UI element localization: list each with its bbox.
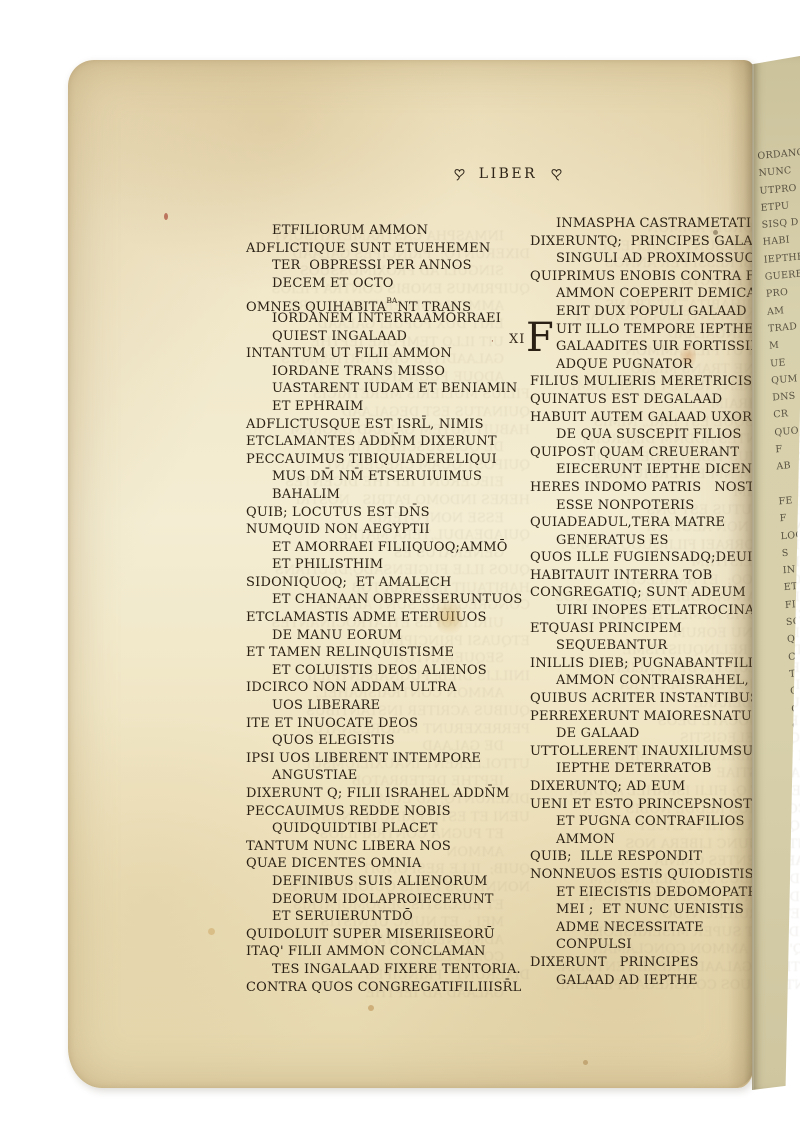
text-line: QUIEST INGALAAD (246, 328, 522, 346)
text-line: IDCIRCO NON ADDAM ULTRA (246, 679, 522, 697)
text-line: QUOS ELEGISTIS (246, 732, 522, 750)
text-line: ADFLICTUSQUE EST ISRL̄, NIMIS (246, 416, 522, 434)
text-line: ETCLAMASTIS ADME ETERUIUOS (246, 609, 522, 627)
text-line: ANGUSTIAE (246, 767, 522, 785)
text-line: ADFLICTIQUE SUNT ETUEHEMEN (246, 240, 522, 258)
text-line: SIDONIQUOQ; ET AMALECH (246, 574, 522, 592)
text-line: ITAQ' FILII AMMON CONCLAMAN (246, 943, 522, 961)
text-line: ET AMORRAEI FILIIQUOQ;AMMŌ (246, 539, 522, 557)
text-line: DECEM ET OCTO (246, 275, 522, 293)
manuscript-photo: LIBER INMASPHA CASTRAMETATISUNTDIXERUNTQ… (0, 0, 800, 1134)
text-line: DIXERUNT Q; FILII ISRAHEL ADDN̄M (246, 785, 522, 803)
chapter-number: XI (509, 332, 525, 347)
text-line: NUMQUID NON AEGYPTII (246, 521, 522, 539)
text-line: QUAE DICENTES OMNIA (246, 855, 522, 873)
text-line: OMNES QUIHABITABANT TRANS (246, 292, 522, 310)
header-title: LIBER (479, 166, 537, 182)
stain (583, 1060, 588, 1065)
stain (368, 1005, 374, 1011)
stain (164, 213, 168, 220)
text-line: UASTARENT IUDAM ET BENIAMIN (246, 380, 522, 398)
fold-edge-text-line: ORDANC (757, 143, 800, 165)
text-line: MUS DM̄ NM̄ ETSERUIUIMUS (246, 468, 522, 486)
text-line: TES INGALAAD FIXERE TENTORIA. (246, 961, 522, 979)
text-line: ETFILIORUM AMMON (246, 222, 522, 240)
text-line: PECCAUIMUS TIBIQUIADERELIQUI (246, 451, 522, 469)
text-line: ET EPHRAIM (246, 398, 522, 416)
text-line: BAHALIM (246, 486, 522, 504)
stain (436, 595, 462, 639)
text-line: UOS LIBERARE (246, 697, 522, 715)
margin-tick: · (491, 337, 494, 347)
text-line: TANTUM NUNC LIBERA NOS (246, 838, 522, 856)
text-line: IPSI UOS LIBERENT INTEMPORE (246, 750, 522, 768)
hedera-icon (454, 168, 465, 185)
text-line: IORDANEM INTERRAAMORRAEI (246, 310, 522, 328)
text-line: ET PHILISTHIM (246, 556, 522, 574)
text-line: DE MANU EORUM (246, 627, 522, 645)
text-line: DEFINIBUS SUIS ALIENORUM (246, 873, 522, 891)
text-line: ET CHANAAN OBPRESSERUNTUOS (246, 591, 522, 609)
text-column-left: ETFILIORUM AMMONADFLICTIQUE SUNT ETUEHEM… (246, 222, 522, 996)
running-header: LIBER (228, 166, 788, 185)
stain (680, 343, 696, 369)
text-line: DEORUM IDOLAPROIECERUNT (246, 891, 522, 909)
text-line: ITE ET INUOCATE DEOS (246, 715, 522, 733)
text-line: QUIDQUIDTIBI PLACET (246, 820, 522, 838)
text-line: QUIB; LOCUTUS EST DN̄S (246, 504, 522, 522)
text-line: INTANTUM UT FILII AMMON (246, 345, 522, 363)
text-line: PECCAUIMUS REDDE NOBIS (246, 803, 522, 821)
text-line: ET TAMEN RELINQUISTISME (246, 644, 522, 662)
parchment-page: LIBER INMASPHA CASTRAMETATISUNTDIXERUNTQ… (68, 60, 754, 1088)
text-line: ETCLAMANTES ADDN̄M DIXERUNT (246, 433, 522, 451)
stain (208, 928, 215, 935)
text-line: IORDANE TRANS MISSO (246, 363, 522, 381)
text-line: ET SERUIERUNTDŌ (246, 908, 522, 926)
text-line: ET COLUISTIS DEOS ALIENOS (246, 662, 522, 680)
text-line: TER OBPRESSI PER ANNOS (246, 257, 522, 275)
text-line: CONTRA QUOS CONGREGATIFILIIISR̄L (246, 979, 522, 997)
hedera-icon (551, 168, 562, 185)
stain (713, 230, 718, 235)
text-line: QUIDOLUIT SUPER MISERIISEORŪ (246, 926, 522, 944)
